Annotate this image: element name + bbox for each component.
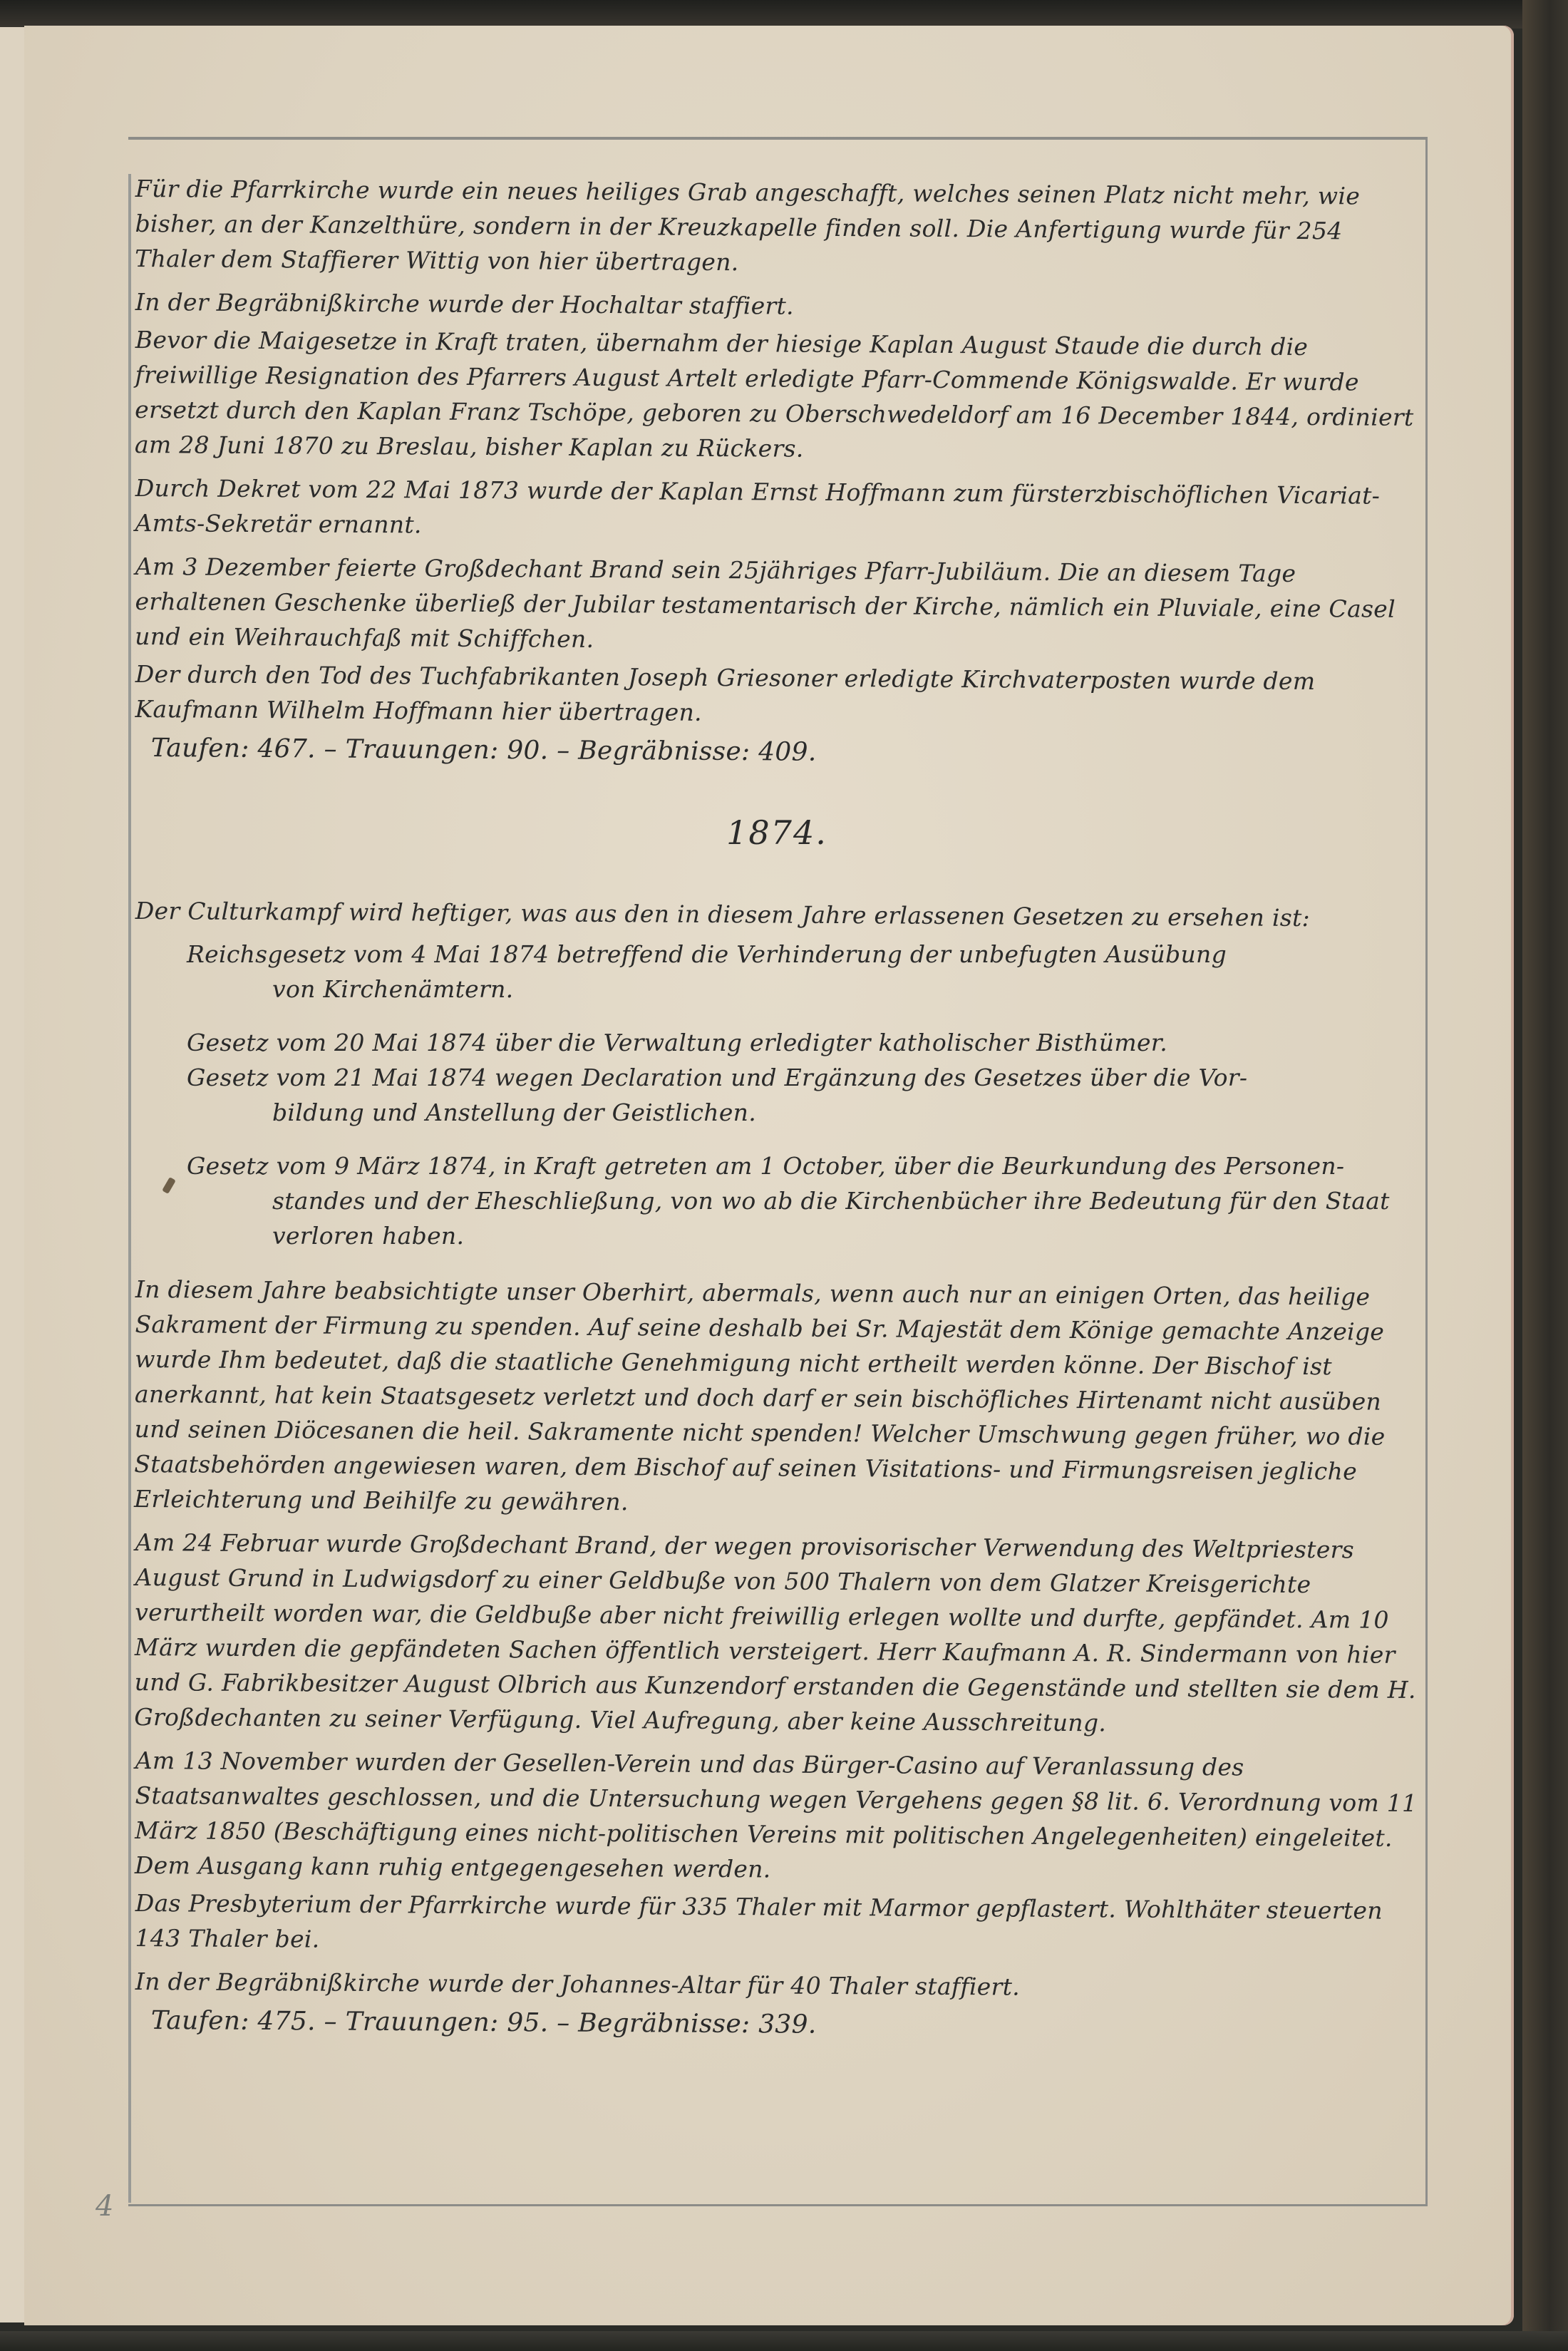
- paragraph-high-altar: In der Begräbnißkirche wurde der Hochalt…: [135, 284, 1418, 327]
- book-binding-spine-edge: [1522, 0, 1568, 2351]
- law-text: Gesetz vom 20 Mai 1874 über die Verwaltu…: [187, 1029, 1167, 1056]
- pencil-frame-left-rule: [128, 174, 131, 2203]
- paragraph-associations-closed: Am 13 November wurden der Gesellen-Verei…: [135, 1743, 1418, 1890]
- paragraph-culturkampf-intro: Der Culturkampf wird heftiger, was aus d…: [135, 893, 1418, 936]
- statistics-1873: Taufen: 467. – Trauungen: 90. – Begräbni…: [151, 731, 1418, 773]
- law-item: Gesetz vom 21 Mai 1874 wegen Declaration…: [187, 1060, 1418, 1130]
- law-text-continuation: von Kirchenämtern.: [187, 972, 1418, 1007]
- law-item: Reichsgesetz vom 4 Mai 1874 betreffend d…: [187, 937, 1418, 1007]
- law-text-continuation: bildung und Anstellung der Geistlichen.: [187, 1095, 1418, 1130]
- paragraph-chaplain-change: Bevor die Maigesetze in Kraft traten, üb…: [135, 322, 1418, 470]
- paragraph-john-altar: In der Begräbnißkirche wurde der Johanne…: [135, 1964, 1418, 2007]
- page-text: Für die Pfarrkirche wurde ein neues heil…: [135, 171, 1418, 2038]
- paragraph-seizure: Am 24 Februar wurde Großdechant Brand, d…: [134, 1525, 1418, 1742]
- law-text: Gesetz vom 9 März 1874, in Kraft getrete…: [187, 1152, 1344, 1180]
- paragraph-church-warden: Der durch den Tod des Tuchfabrikanten Jo…: [135, 657, 1418, 734]
- law-text: Gesetz vom 21 Mai 1874 wegen Declaration…: [187, 1064, 1247, 1091]
- paragraph-presbytery-marble: Das Presbyterium der Pfarrkirche wurde f…: [135, 1886, 1418, 1963]
- book-binding-bottom: [0, 2331, 1568, 2351]
- margin-pencil-mark: 4: [96, 2190, 113, 2223]
- paragraph-jubilee: Am 3 Dezember feierte Großdechant Brand …: [135, 549, 1418, 662]
- previous-page-edge: [0, 27, 26, 2322]
- paragraph-holy-grave: Für die Pfarrkirche wurde ein neues heil…: [135, 171, 1418, 284]
- paragraph-confirmation-ban: In diesem Jahre beabsichtigte unser Ober…: [134, 1272, 1418, 1524]
- year-heading: 1874.: [135, 816, 1418, 850]
- book-binding-top: [0, 0, 1568, 29]
- law-text: Reichsgesetz vom 4 Mai 1874 betreffend d…: [187, 940, 1227, 968]
- law-item: Gesetz vom 9 März 1874, in Kraft getrete…: [187, 1148, 1418, 1253]
- law-text-continuation: standes und der Eheschließung, von wo ab…: [187, 1183, 1418, 1253]
- paragraph-secretary: Durch Dekret vom 22 Mai 1873 wurde der K…: [135, 470, 1418, 548]
- law-item: Gesetz vom 20 Mai 1874 über die Verwaltu…: [187, 1025, 1418, 1060]
